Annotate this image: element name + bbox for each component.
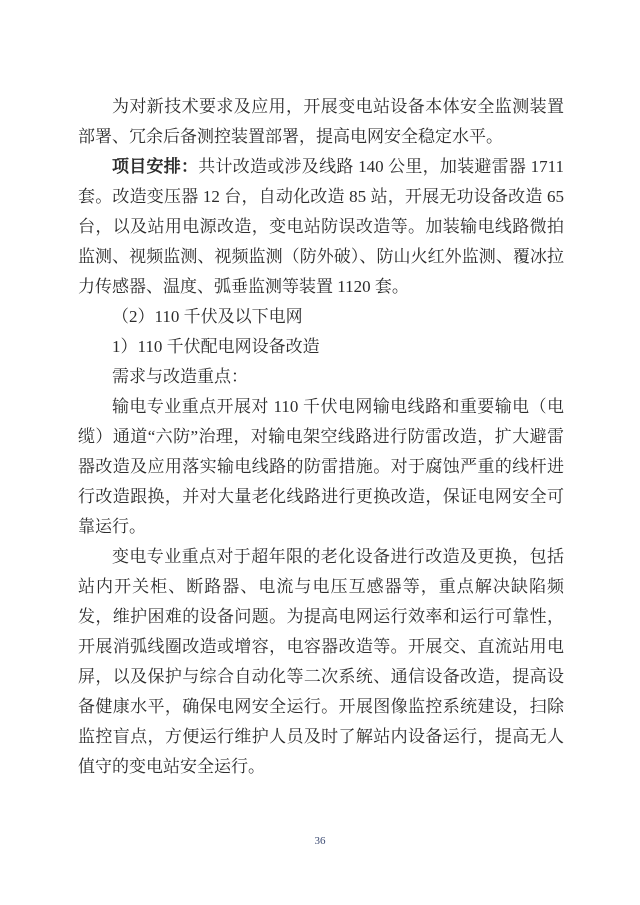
page-number: 36 <box>315 835 326 847</box>
paragraph-new-tech: 为对新技术要求及应用，开展变电站设备本体安全监测装置部署、冗余后备测控装置部署，… <box>78 92 564 152</box>
document-page: 为对新技术要求及应用，开展变电站设备本体安全监测装置部署、冗余后备测控装置部署，… <box>0 0 640 905</box>
label-requirements-focus: 需求与改造重点： <box>78 362 564 392</box>
subheading-110kv-distribution: 1）110 千伏配电网设备改造 <box>78 332 564 362</box>
paragraph-project-arrangement-text: 共计改造或涉及线路 140 公里，加装避雷器 1711 套。改造变压器 12 台… <box>78 157 564 296</box>
paragraph-project-arrangement-lead: 项目安排： <box>112 157 198 176</box>
paragraph-project-arrangement: 项目安排：共计改造或涉及线路 140 公里，加装避雷器 1711 套。改造变压器… <box>78 152 564 302</box>
page-footer: 36 <box>0 834 640 848</box>
paragraph-transmission: 输电专业重点开展对 110 千伏电网输电线路和重要输电（电缆）通道“六防”治理，… <box>78 392 564 542</box>
paragraph-substation: 变电专业重点对于超年限的老化设备进行改造及更换，包括站内开关柜、断路器、电流与电… <box>78 542 564 782</box>
heading-section-110kv: （2）110 千伏及以下电网 <box>78 302 564 332</box>
page-content: 为对新技术要求及应用，开展变电站设备本体安全监测装置部署、冗余后备测控装置部署，… <box>78 92 564 782</box>
